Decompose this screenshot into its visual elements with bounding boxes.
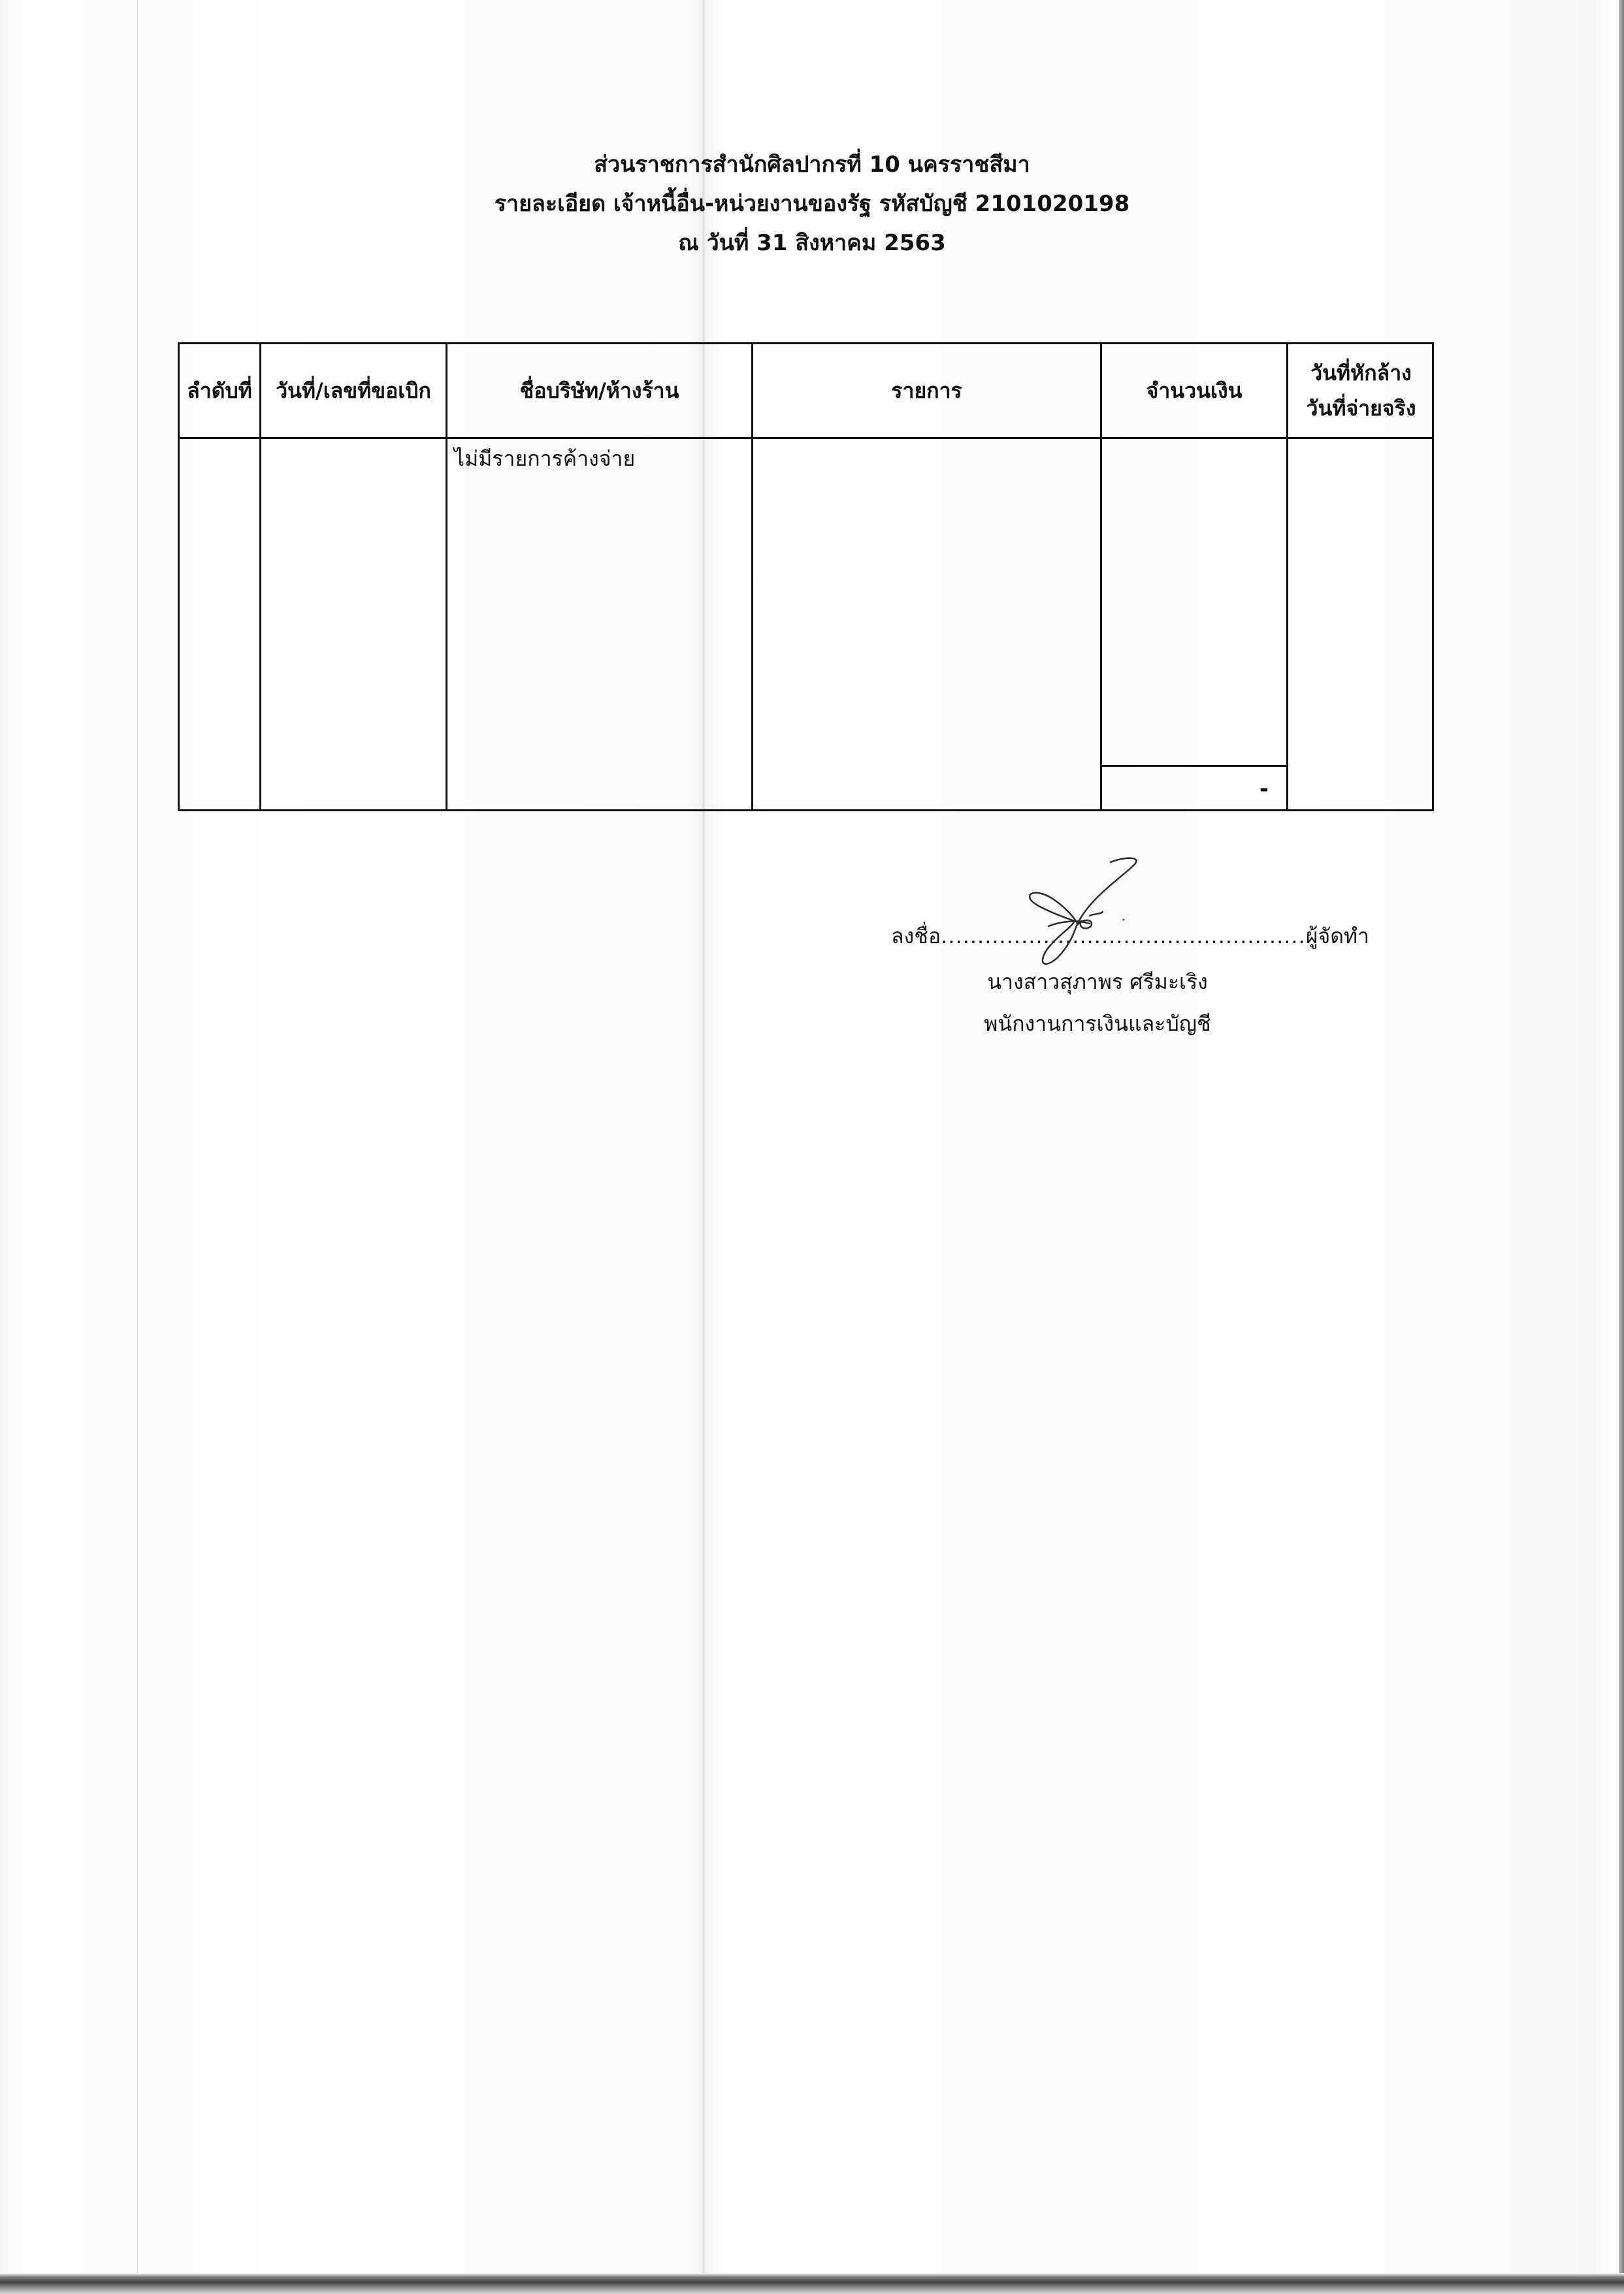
- column-header-label: รายการ: [891, 373, 962, 408]
- column-header-amount: จำนวนเงิน: [1102, 344, 1286, 437]
- page-right-edge-shadow: [1619, 0, 1624, 2294]
- column-header-label: วันที่จ่ายจริง: [1307, 391, 1416, 426]
- header-divider: [180, 437, 1432, 439]
- company-cell: ไม่มีรายการค้างจ่าย: [454, 446, 635, 471]
- column-header-label: จำนวนเงิน: [1146, 373, 1242, 408]
- column-header-label: วันที่หักล้าง: [1310, 355, 1412, 391]
- agency-name: ส่วนราชการสำนักศิลปากรที่ 10 นครราชสีมา: [0, 145, 1624, 184]
- handwritten-signature-icon: [1013, 856, 1156, 973]
- payables-table: ลำดับที่ วันที่/เลขที่ขอเบิก ชื่อบริษัท/…: [178, 342, 1434, 811]
- column-header-date-request: วันที่/เลขที่ขอเบิก: [261, 344, 446, 437]
- page-bottom-edge-shadow: [0, 2273, 1624, 2294]
- total-amount: -: [1102, 767, 1269, 809]
- signer-name: นางสาวสุภาพร ศรีมะเริง: [875, 965, 1320, 998]
- role-suffix: ผู้จัดทำ: [1306, 924, 1369, 948]
- column-header-description: รายการ: [753, 344, 1100, 437]
- report-title: รายละเอียด เจ้าหนี้อื่น-หน่วยงานของรัฐ ร…: [0, 184, 1624, 223]
- column-header-label: วันที่/เลขที่ขอเบิก: [276, 373, 431, 408]
- sign-label: ลงชื่อ: [891, 924, 941, 948]
- column-header-clearing-date: วันที่หักล้าง วันที่จ่ายจริง: [1288, 344, 1434, 437]
- column-header-company: ชื่อบริษัท/ห้างร้าน: [447, 344, 751, 437]
- document-header: ส่วนราชการสำนักศิลปากรที่ 10 นครราชสีมา …: [0, 145, 1624, 263]
- column-header-label: ลำดับที่: [187, 373, 252, 408]
- scan-artifact-line: [137, 0, 138, 2286]
- column-header-label: ชื่อบริษัท/ห้างร้าน: [519, 373, 679, 408]
- table-row: ไม่มีรายการค้างจ่าย: [454, 442, 635, 475]
- column-header-order: ลำดับที่: [180, 344, 259, 437]
- signer-title: พนักงานการเงินและบัญชี: [875, 1007, 1320, 1040]
- report-date: ณ วันที่ 31 สิงหาคม 2563: [0, 223, 1624, 263]
